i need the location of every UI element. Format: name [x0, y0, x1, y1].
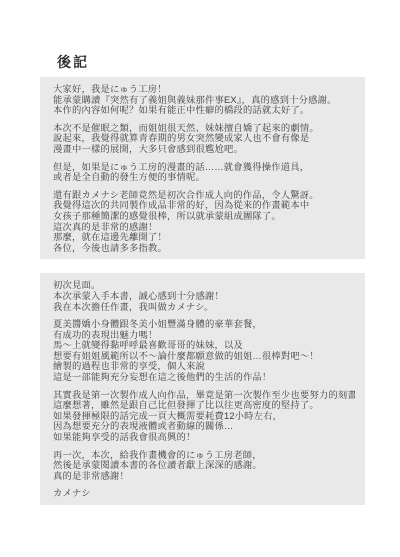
text-line: 因為想要充分的表現液體或者動線的關係… [53, 421, 355, 432]
text-line: 但是，如果是にゅう工房的漫畫的話……就會獲得操作道具， [53, 162, 355, 173]
text-line: 初次見面。 [53, 280, 355, 291]
text-line: 其實我是第一次製作成人向作品，畢竟是第一次製作至少也要努力的刻畫！ [53, 390, 355, 401]
text-line: 大家好，我是にゅう工房！ [53, 84, 355, 95]
text-line: 女孩子那種簡潔的感覺很棒，所以就承蒙組成團隊了。 [53, 211, 355, 222]
text-line: 夏美醬嬌小身體跟冬美小姐豐滿身體的豪華套餐， [53, 319, 355, 330]
text-line: 如果能夠享受的話我會很高興的！ [53, 432, 355, 443]
text-line: 再一次，本次，給我作畫機會的にゅう工房老師， [53, 450, 355, 461]
text-line: 還有跟カメナシ老師竟然是初次合作成人向的作品，令人驚訝。 [53, 190, 355, 201]
text-line: 本次不是催眠之類，而姐姐很天然、妹妹擅自嬌了起來的劇情。 [53, 123, 355, 134]
page-title: 後記 [57, 52, 365, 72]
text-line: 本作的內容如何呢？如果有能正中性癖的橋段的話就太好了。 [53, 105, 355, 116]
text-line: 能承蒙購讀『突然有了義姐與義妹那件事EX』，真的感到十分感謝。 [53, 95, 355, 106]
text-line: カメナシ [53, 488, 355, 499]
text-line: 漫畫中一樣的展開，大多只會感到很尷尬吧。 [53, 144, 355, 155]
text-line [53, 312, 355, 319]
text-line: 有成功的表現出魅力嗎！ [53, 330, 355, 341]
artist-note-box: 初次見面。本次承蒙入手本書，誠心感到十分感謝！我在本次擔任作畫，我叫做カメナシ。… [40, 273, 365, 505]
text-line: 這是一部能夠充分妄想在這之後他們的生活的作品！ [53, 372, 355, 383]
text-line: 這次真的是非常的感謝！ [53, 222, 355, 233]
text-line: 本次承蒙入手本書，誠心感到十分感謝！ [53, 291, 355, 302]
text-line: 如果發揮極限的話完成一頁大概需要耗費12小時左右， [53, 411, 355, 422]
text-line [53, 481, 355, 488]
text-line [53, 116, 355, 123]
text-line: 這麼想著，雖然是跟自己比但發揮了比以往更高密度的堅持了。 [53, 400, 355, 411]
text-line: 我在本次擔任作畫，我叫做カメナシ。 [53, 302, 355, 313]
text-line: 各位，今後也請多多指教。 [53, 243, 355, 254]
text-line [53, 443, 355, 450]
text-line: 想要有姐姐風範所以不～論什麼都願意做的姐姐…很棒對吧～！ [53, 351, 355, 362]
text-line: 然後是承蒙閱讀本書的各位讀者獻上深深的感謝。 [53, 460, 355, 471]
afterword-page: 後記 大家好，我是にゅう工房！能承蒙購讀『突然有了義姐與義妹那件事EX』，真的感… [0, 0, 400, 557]
text-line: 馬～上就變得黏呼呼最喜歡哥哥的妹妹，以及 [53, 340, 355, 351]
text-line: 真的是非常感謝！ [53, 471, 355, 482]
author-note-box: 大家好，我是にゅう工房！能承蒙購讀『突然有了義姐與義妹那件事EX』，真的感到十分… [40, 77, 365, 259]
text-line: 繪製的過程也非常的享受，個人來說 [53, 361, 355, 372]
text-line: 或者是全自動的發生方便的事情呢。 [53, 172, 355, 183]
text-line: 那麼，就在這邊先離開了！ [53, 232, 355, 243]
text-line: 說起來，我覺得就算青春期的男女突然變成家人也不會有像是 [53, 133, 355, 144]
text-line [53, 383, 355, 390]
text-line [53, 183, 355, 190]
text-line: 我覺得這次的共同製作成品非常的好，因為從來的作畫範本中 [53, 200, 355, 211]
text-line [53, 155, 355, 162]
